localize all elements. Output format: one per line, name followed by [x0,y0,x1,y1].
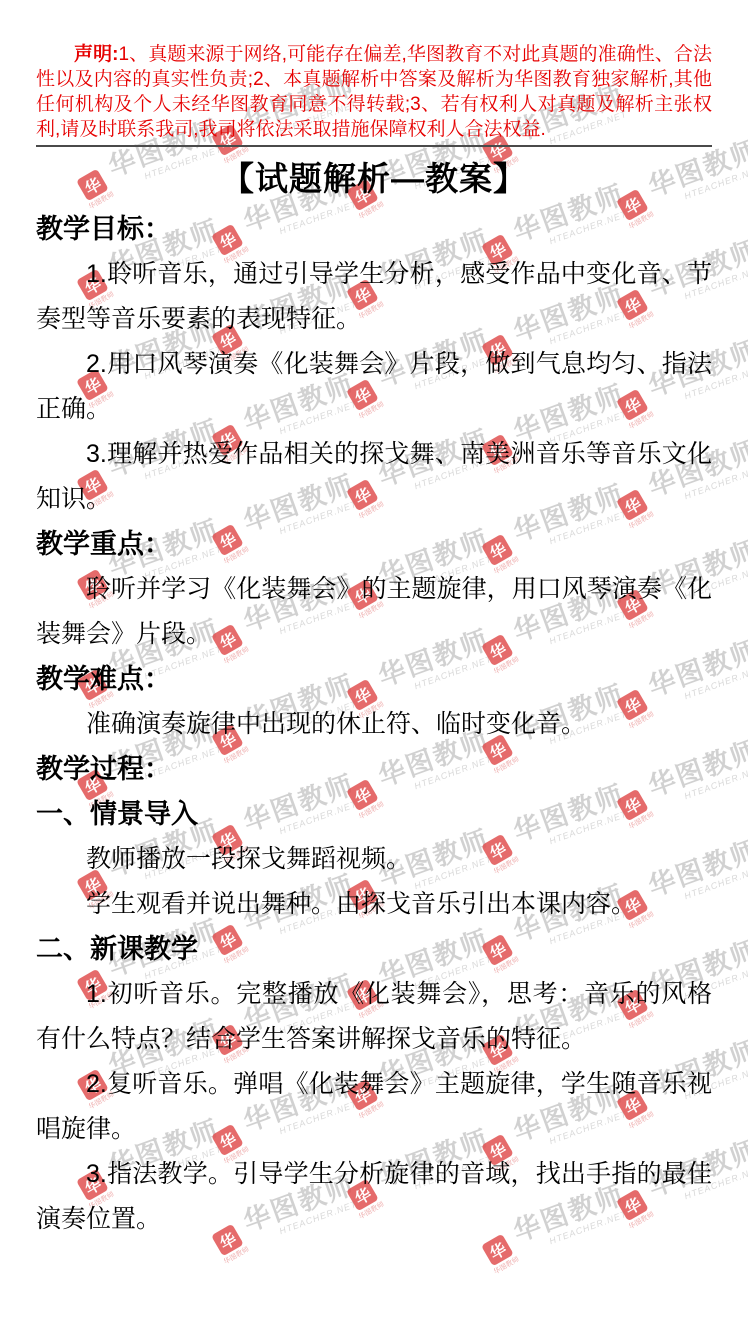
disclaimer-label: 声明: [74,44,118,65]
sections-container: 教学目标：1.聆听音乐，通过引导学生分析，感受作品中变化音、节奏型等音乐要素的表… [36,207,712,1242]
body-paragraph: 2.用口风琴演奏《化装舞会》片段，做到气息均匀、指法正确。 [36,342,712,432]
page-title: 【试题解析—教案】 [36,157,712,201]
body-paragraph: 1.聆听音乐，通过引导学生分析，感受作品中变化音、节奏型等音乐要素的表现特征。 [36,252,712,342]
watermark-logo-caption: 华图教师 [492,1254,521,1277]
body-paragraph: 聆听并学习《化装舞会》的主题旋律，用口风琴演奏《化装舞会》片段。 [36,567,712,657]
sub-heading: 一、情景导入 [36,792,712,837]
body-paragraph: 3.理解并热爱作品相关的探戈舞、南美洲音乐等音乐文化知识。 [36,432,712,522]
body-paragraph: 1.初听音乐。完整播放《化装舞会》，思考：音乐的风格有什么特点？结合学生答案讲解… [36,972,712,1062]
section-heading: 教学目标： [36,207,712,252]
body-paragraph: 2.复听音乐。弹唱《化装舞会》主题旋律，学生随音乐视唱旋律。 [36,1062,712,1152]
watermark-logo-caption: 华图教师 [222,1244,251,1267]
document-content: 声明:1、真题来源于网络,可能存在偏差,华图教育不对此真题的准确性、合法性以及内… [0,0,748,1242]
body-paragraph: 准确演奏旋律中出现的休止符、临时变化音。 [36,702,712,747]
body-paragraph: 3.指法教学。引导学生分析旋律的音域，找出手指的最佳演奏位置。 [36,1152,712,1242]
section-heading: 教学重点： [36,522,712,567]
document-page: 华华图教师华图教师HTEACHER.NET华华图教师华图教师HTEACHER.N… [0,0,748,1335]
divider-line [36,145,712,147]
body-paragraph: 教师播放一段探戈舞蹈视频。 [36,837,712,882]
disclaimer-body: 1、真题来源于网络,可能存在偏差,华图教育不对此真题的准确性、合法性以及内容的真… [36,44,712,140]
section-heading: 教学难点： [36,657,712,702]
sub-heading: 二、新课教学 [36,927,712,972]
disclaimer-text: 声明:1、真题来源于网络,可能存在偏差,华图教育不对此真题的准确性、合法性以及内… [36,42,712,142]
body-paragraph: 学生观看并说出舞种。由探戈音乐引出本课内容。 [36,882,712,927]
section-heading: 教学过程： [36,747,712,792]
